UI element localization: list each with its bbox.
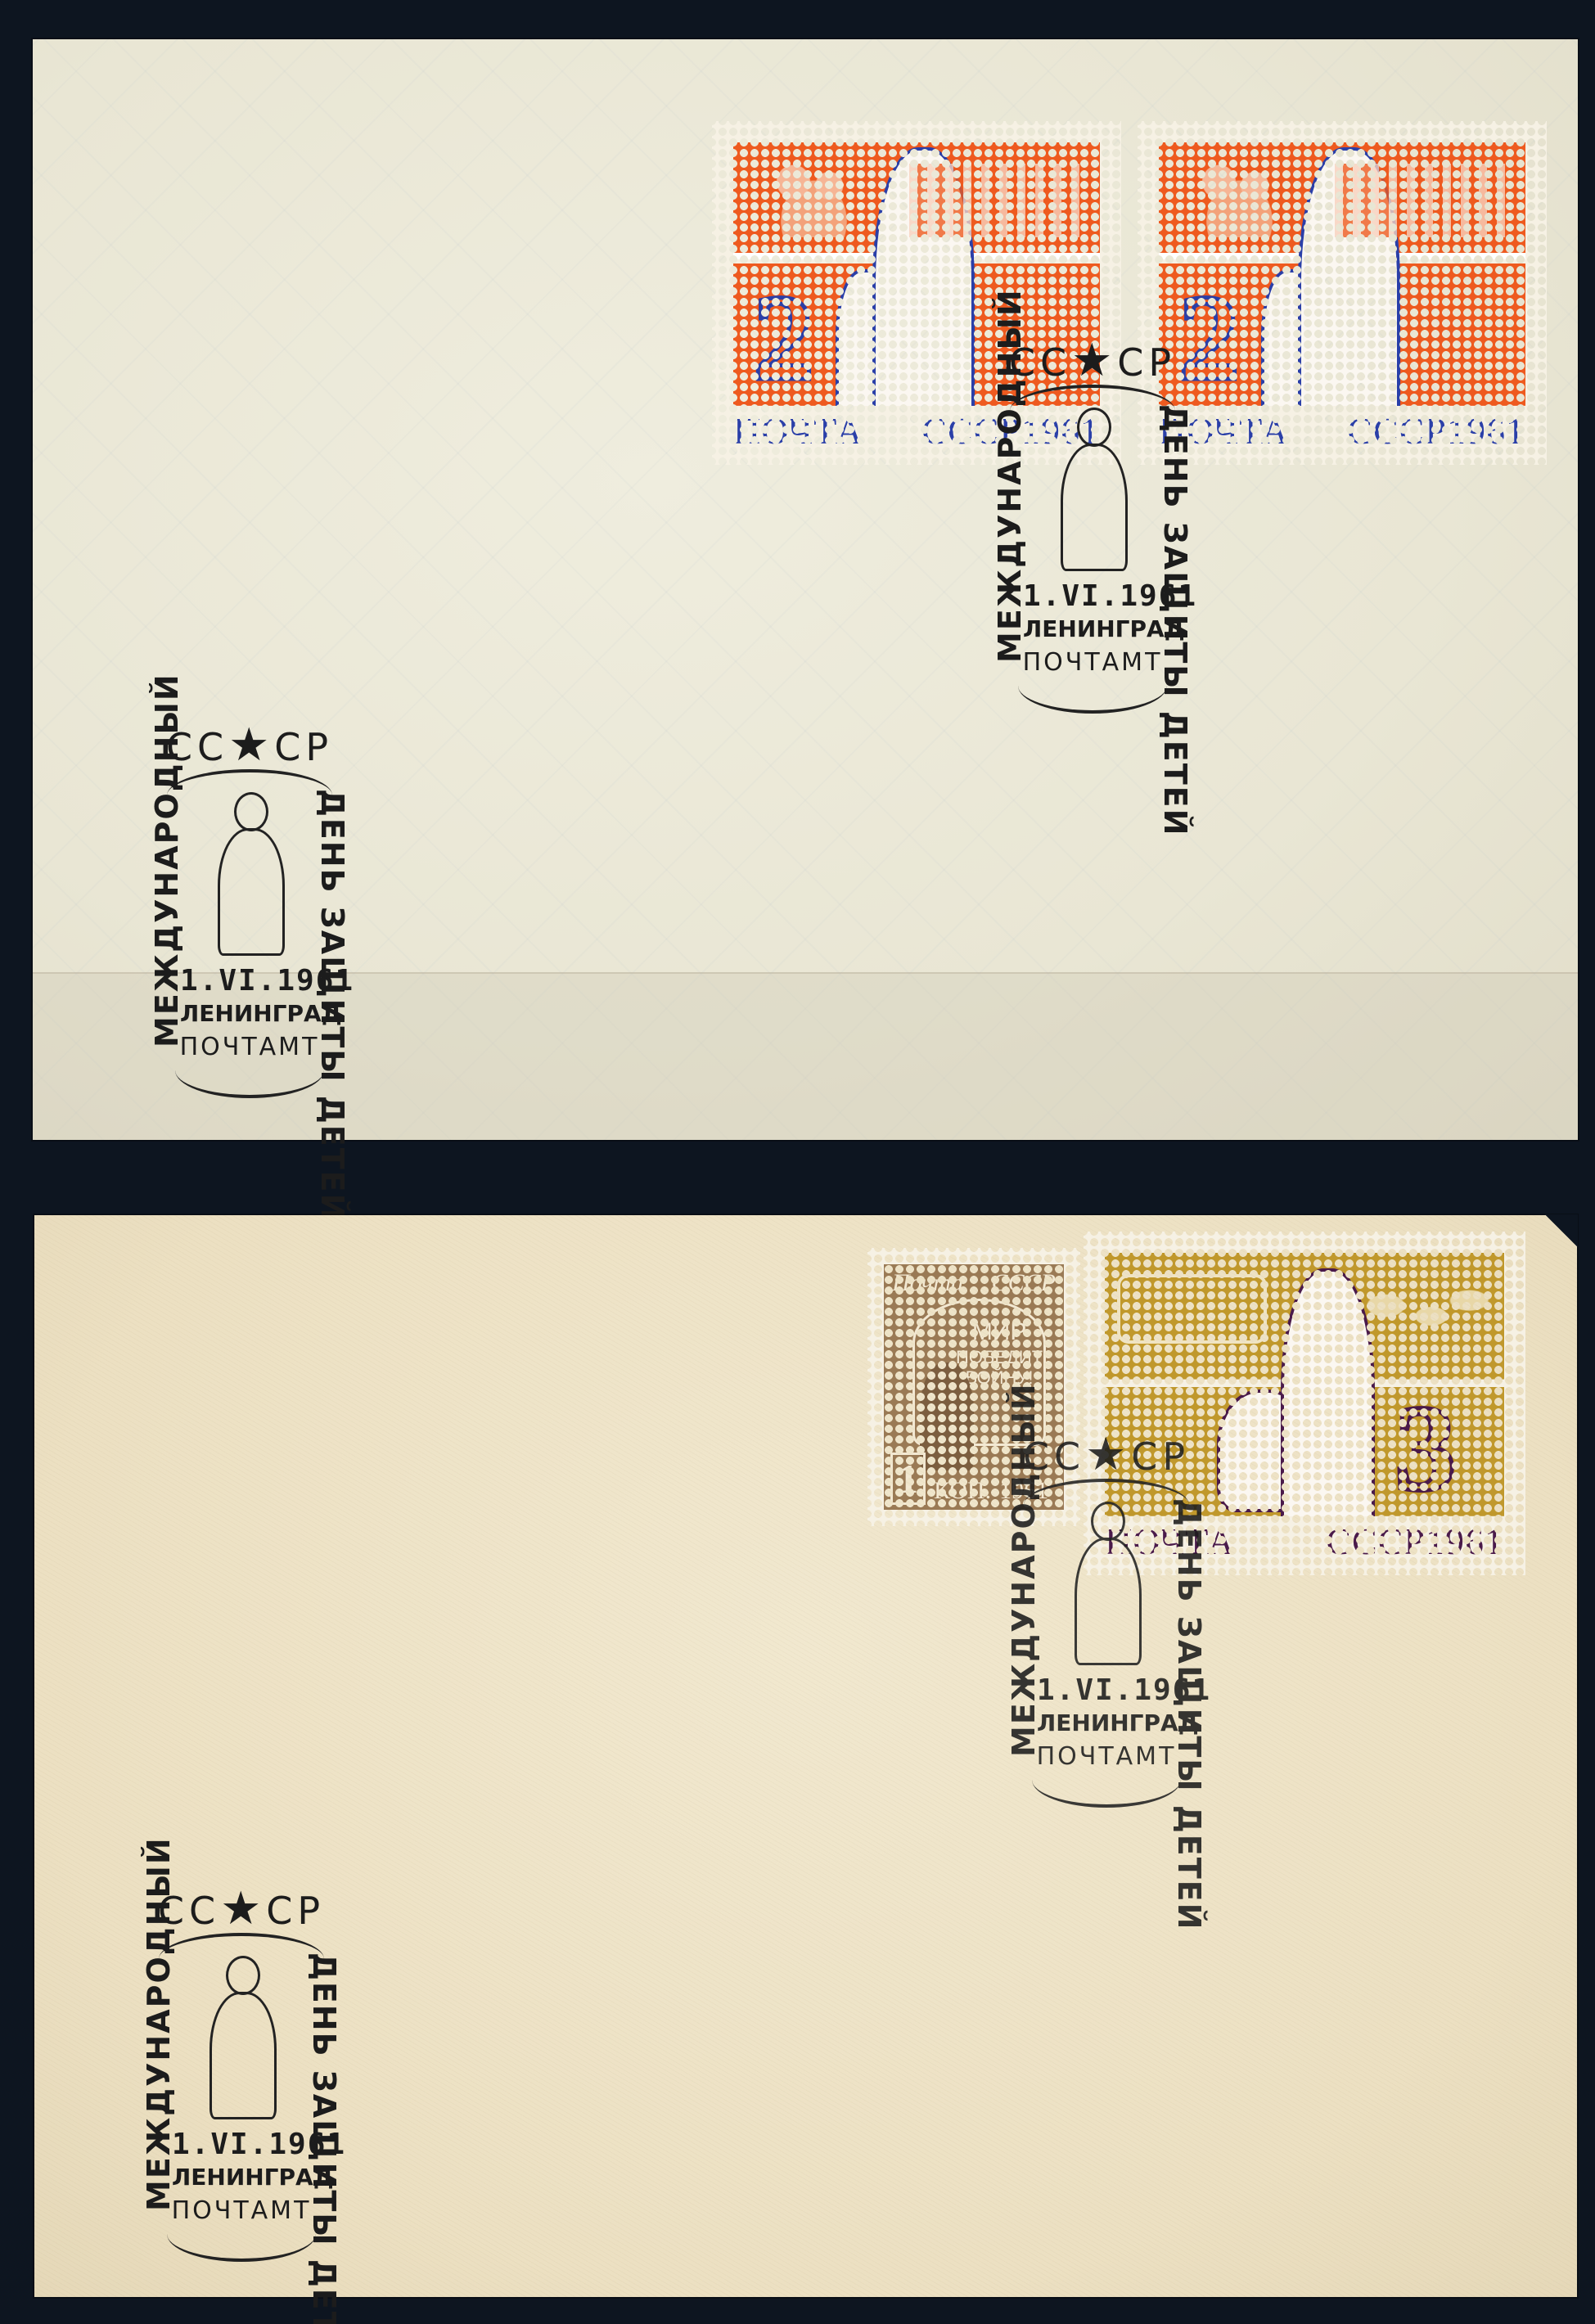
postmark-date: 1.VI.1961: [1023, 579, 1162, 613]
stamp-value: 2к: [753, 277, 843, 399]
envelope-cover-1: 2к ПОЧТА СССР1961 2к ПОЧТА СССР1961 СС★С…: [33, 39, 1578, 1140]
mother-with-baby-icon: [1071, 1502, 1142, 1665]
star-icon: ★: [1085, 1428, 1131, 1481]
bugler-pioneer-icon: [1281, 1268, 1375, 1516]
mother-figure-icon: [1298, 147, 1399, 406]
mother-with-baby-icon: [214, 792, 285, 956]
postmark-office: ПОЧТАМТ: [155, 2196, 327, 2225]
star-icon: ★: [228, 718, 274, 772]
postmark-office: ПОЧТАМТ: [164, 1033, 336, 1061]
postmark-city: ЛЕНИНГРАД: [180, 1000, 319, 1027]
postmark-city: ЛЕНИНГРАД: [1037, 1709, 1176, 1736]
postmark-arc: [175, 1070, 324, 1098]
envelope-corner: [1545, 1214, 1578, 1247]
stamp-country-year: СССР1961: [1326, 1520, 1504, 1563]
mother-figure-icon: [872, 147, 974, 406]
postmark-office: ПОЧТАМТ: [1021, 1742, 1192, 1771]
postmark-city: ЛЕНИНГРАД: [172, 2164, 311, 2191]
postmark-cancel-left: СС★СР МЕЖДУНАРОДНЫЙ ДЕНЬ ЗАЩИТЫ ДЕТЕЙ 1.…: [139, 718, 360, 1103]
postmark-date: 1.VI.1961: [1037, 1673, 1176, 1707]
postmark-arc: [1018, 686, 1167, 714]
postmark-date: 1.VI.1961: [180, 964, 319, 998]
postmark-cancel-stamps: СС★СР МЕЖДУНАРОДНЫЙ ДЕНЬ ЗАЩИТЫ ДЕТЕЙ 1.…: [996, 1428, 1217, 1813]
stamp-header: ПочтаСССР: [892, 1269, 1056, 1297]
postmark-arc: [167, 2234, 316, 2262]
star-icon: ★: [220, 1882, 266, 1935]
postmark-office: ПОЧТАМТ: [1007, 648, 1178, 677]
postmark-cancel-left: СС★СР МЕЖДУНАРОДНЫЙ ДЕНЬ ЗАЩИТЫ ДЕТЕЙ 1.…: [131, 1882, 352, 2267]
envelope-cover-2: ПочтаСССР МИРПОБЕДИТВОЙНУ! 1КОП.1961 3к …: [34, 1215, 1577, 2297]
stamp-country-year: СССР1961: [1347, 409, 1525, 453]
stamp-slogan: МИРПОБЕДИТВОЙНУ!: [956, 1318, 1043, 1388]
stamp-postal-word: ПОЧТА: [733, 409, 863, 453]
postmark-cancel-stamps: СС★СР МЕЖДУНАРОДНЫЙ ДЕНЬ ЗАЩИТЫ ДЕТЕЙ 1.…: [982, 334, 1203, 718]
stamp-caption: ПОЧТА СССР1961: [1159, 408, 1525, 453]
stamp-value: 3к: [1394, 1387, 1485, 1510]
mother-with-baby-icon: [206, 1956, 277, 2119]
mother-with-baby-icon: [1057, 408, 1128, 571]
star-icon: ★: [1071, 334, 1117, 387]
postmark-arc: [1032, 1780, 1181, 1808]
postmark-date: 1.VI.1961: [172, 2128, 311, 2161]
postmark-city: ЛЕНИНГРАД: [1023, 615, 1162, 642]
